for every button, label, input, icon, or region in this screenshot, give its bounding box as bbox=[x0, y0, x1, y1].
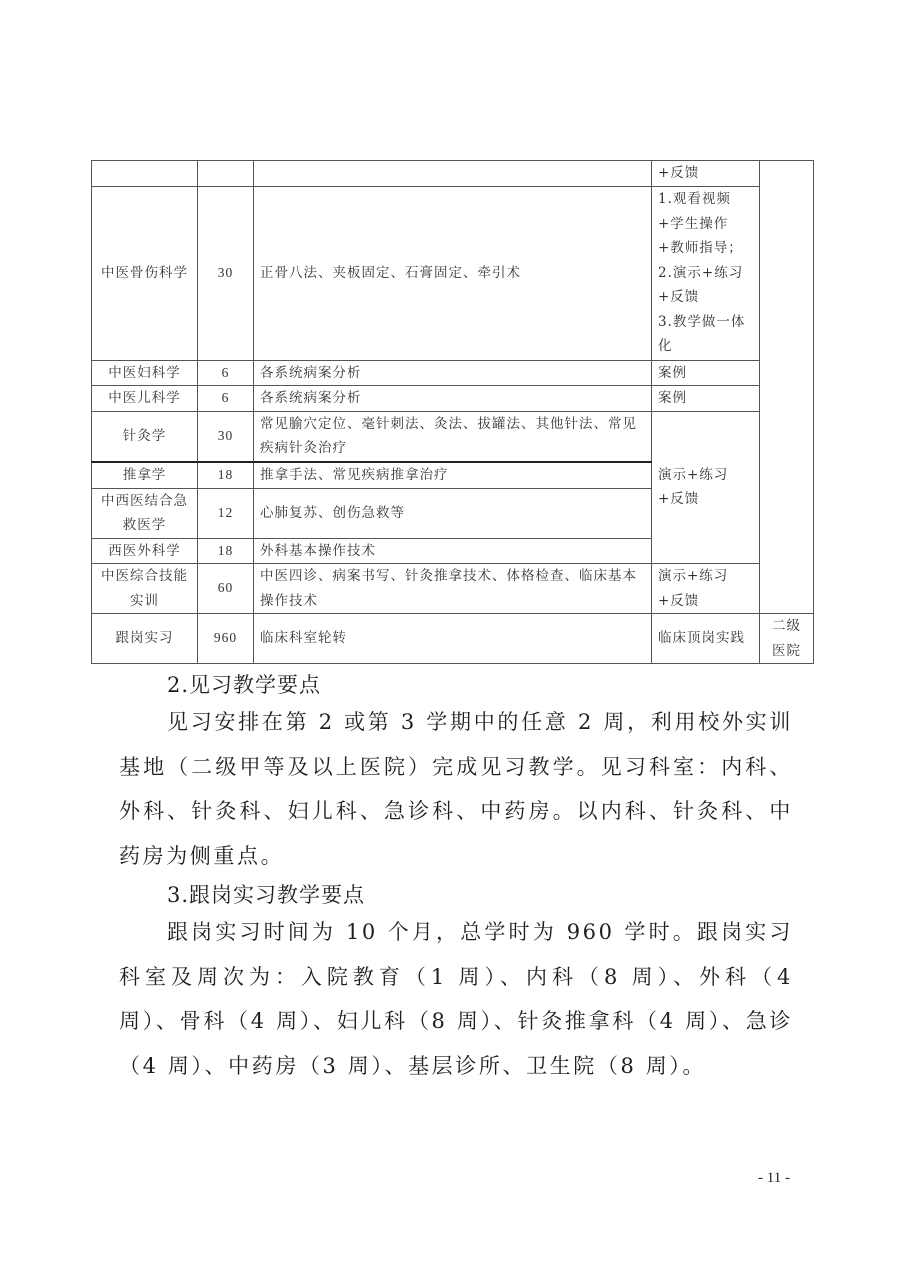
method-cell: 演示+练习+反馈 bbox=[652, 564, 760, 614]
table-row: 中医综合技能实训 60 中医四诊、病案书写、针灸推拿技术、体格检查、临床基本操作… bbox=[92, 564, 814, 614]
course-name-cell: 针灸学 bbox=[92, 411, 198, 462]
hours-cell: 18 bbox=[198, 462, 254, 488]
content-cell: 外科基本操作技术 bbox=[254, 538, 652, 564]
section-heading-internship: 3.跟岗实习教学要点 bbox=[167, 879, 365, 909]
hours-cell: 6 bbox=[198, 386, 254, 412]
course-name-cell: 推拿学 bbox=[92, 462, 198, 488]
method-cell: 案例 bbox=[652, 386, 760, 412]
course-name-cell bbox=[92, 161, 198, 187]
content-cell: 中医四诊、病案书写、针灸推拿技术、体格检查、临床基本操作技术 bbox=[254, 564, 652, 614]
hours-cell: 30 bbox=[198, 186, 254, 360]
curriculum-table: +反馈 中医骨伤科学 30 正骨八法、夹板固定、石膏固定、牵引术 1.观看视频+… bbox=[91, 160, 814, 664]
hours-cell: 6 bbox=[198, 360, 254, 386]
course-name-cell: 中医妇科学 bbox=[92, 360, 198, 386]
content-cell: 各系统病案分析 bbox=[254, 386, 652, 412]
table-row: 中医妇科学 6 各系统病案分析 案例 bbox=[92, 360, 814, 386]
content-cell bbox=[254, 161, 652, 187]
table-row: 跟岗实习 960 临床科室轮转 临床顶岗实践 二级医院 bbox=[92, 614, 814, 664]
method-cell-merged: 演示+练习+反馈 bbox=[652, 411, 760, 564]
table-row: +反馈 bbox=[92, 161, 814, 187]
course-name-cell: 跟岗实习 bbox=[92, 614, 198, 664]
method-cell: 临床顶岗实践 bbox=[652, 614, 760, 664]
content-cell: 正骨八法、夹板固定、石膏固定、牵引术 bbox=[254, 186, 652, 360]
table-row: 中医儿科学 6 各系统病案分析 案例 bbox=[92, 386, 814, 412]
method-cell: 1.观看视频+学生操作+教师指导；2.演示+练习+反馈 3.教学做一体化 bbox=[652, 186, 760, 360]
section-body-observation: 见习安排在第 2 或第 3 学期中的任意 2 周，利用校外实训基地（二级甲等及以… bbox=[119, 700, 793, 878]
place-cell-empty bbox=[760, 161, 814, 614]
table-row: 针灸学 30 常见腧穴定位、毫针刺法、灸法、拔罐法、其他针法、常见疾病针灸治疗 … bbox=[92, 411, 814, 462]
hours-cell: 30 bbox=[198, 411, 254, 462]
course-name-cell: 中医综合技能实训 bbox=[92, 564, 198, 614]
method-cell: +反馈 bbox=[652, 161, 760, 187]
hours-cell: 60 bbox=[198, 564, 254, 614]
hours-cell bbox=[198, 161, 254, 187]
content-cell: 各系统病案分析 bbox=[254, 360, 652, 386]
method-cell: 案例 bbox=[652, 360, 760, 386]
content-cell: 常见腧穴定位、毫针刺法、灸法、拔罐法、其他针法、常见疾病针灸治疗 bbox=[254, 411, 652, 462]
hours-cell: 18 bbox=[198, 538, 254, 564]
hours-cell: 960 bbox=[198, 614, 254, 664]
table-row: 中医骨伤科学 30 正骨八法、夹板固定、石膏固定、牵引术 1.观看视频+学生操作… bbox=[92, 186, 814, 360]
section-heading-observation: 2.见习教学要点 bbox=[167, 669, 321, 699]
place-cell: 二级医院 bbox=[760, 614, 814, 664]
section-body-internship: 跟岗实习时间为 10 个月，总学时为 960 学时。跟岗实习科室及周次为：入院教… bbox=[119, 910, 793, 1088]
course-name-cell: 西医外科学 bbox=[92, 538, 198, 564]
content-cell: 推拿手法、常见疾病推拿治疗 bbox=[254, 462, 652, 488]
document-page: +反馈 中医骨伤科学 30 正骨八法、夹板固定、石膏固定、牵引术 1.观看视频+… bbox=[0, 0, 904, 1280]
content-cell: 心肺复苏、创伤急救等 bbox=[254, 488, 652, 538]
content-cell: 临床科室轮转 bbox=[254, 614, 652, 664]
course-name-cell: 中医骨伤科学 bbox=[92, 186, 198, 360]
hours-cell: 12 bbox=[198, 488, 254, 538]
course-name-cell: 中西医结合急救医学 bbox=[92, 488, 198, 538]
page-number: - 11 - bbox=[758, 1170, 790, 1187]
course-name-cell: 中医儿科学 bbox=[92, 386, 198, 412]
